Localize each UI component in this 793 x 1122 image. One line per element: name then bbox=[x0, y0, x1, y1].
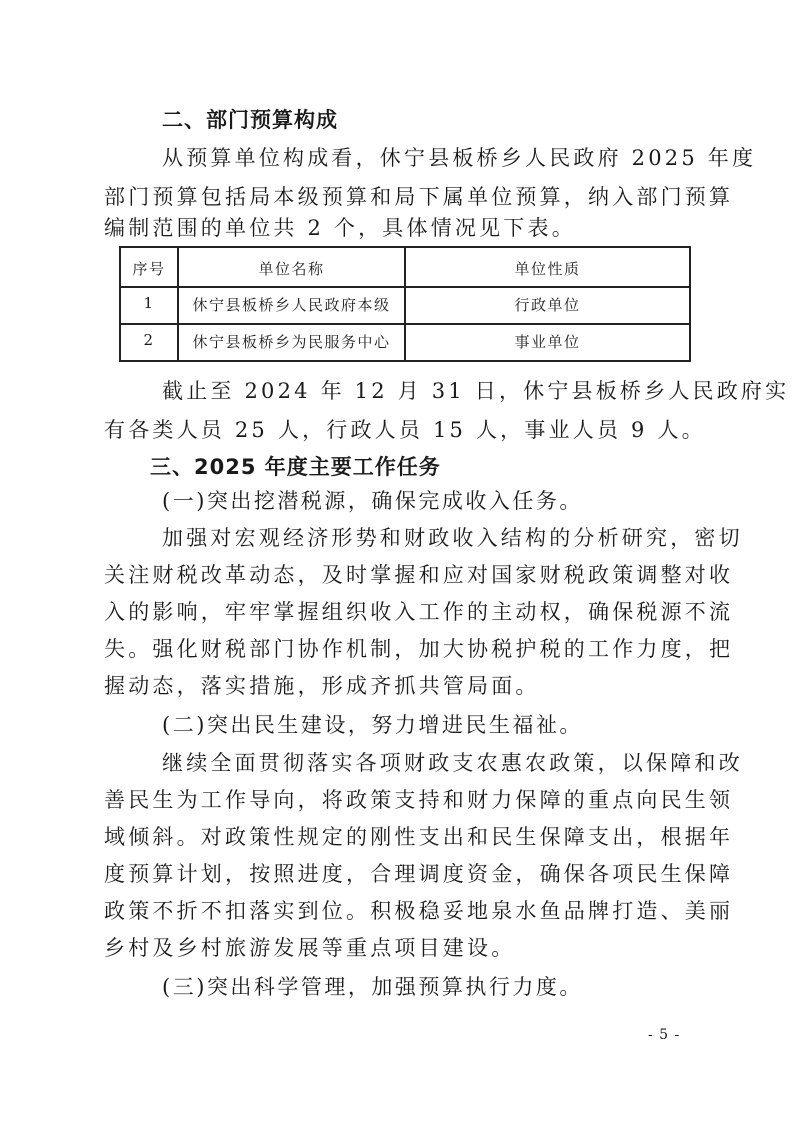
task-title-1: (一)突出挖潜税源，确保完成收入任务。 bbox=[162, 487, 752, 515]
paragraph-line: 部门预算包括局本级预算和局下属单位预算，纳入部门预算 bbox=[104, 183, 694, 211]
section-heading-work-tasks: 三、2025 年度主要工作任务 bbox=[150, 453, 740, 481]
budget-units-table: 序号 单位名称 单位性质 1 休宁县板桥乡人民政府本级 行政单位 2 休宁县板桥… bbox=[119, 246, 691, 362]
table-header-row: 序号 单位名称 单位性质 bbox=[120, 247, 690, 287]
paragraph-line: 入的影响，牢牢掌握组织收入工作的主动权，确保税源不流 bbox=[104, 598, 694, 626]
table-cell-unit-type: 行政单位 bbox=[405, 287, 690, 324]
paragraph-line: 有各类人员 25 人，行政人员 15 人，事业人员 9 人。 bbox=[104, 416, 694, 444]
paragraph-line: 失。强化财税部门协作机制，加大协税护税的工作力度，把 bbox=[104, 635, 694, 663]
task-title-2: (二)突出民生建设，努力增进民生福祉。 bbox=[162, 711, 752, 739]
table-row: 1 休宁县板桥乡人民政府本级 行政单位 bbox=[120, 287, 690, 324]
paragraph-line: 加强对宏观经济形势和财政收入结构的分析研究，密切 bbox=[162, 524, 752, 552]
paragraph-line: 关注财税改革动态，及时掌握和应对国家财税政策调整对收 bbox=[104, 561, 694, 589]
paragraph-line: 截止至 2024 年 12 月 31 日，休宁县板桥乡人民政府实 bbox=[162, 377, 752, 405]
paragraph-line: 域倾斜。对政策性规定的刚性支出和民生保障支出，根据年 bbox=[104, 823, 694, 851]
table-cell-index: 2 bbox=[120, 324, 178, 361]
table-header-unit-type: 单位性质 bbox=[405, 247, 690, 287]
document-page: 二、部门预算构成 从预算单位构成看，休宁县板桥乡人民政府 2025 年度 部门预… bbox=[0, 0, 793, 1122]
paragraph-line: 继续全面贯彻落实各项财政支农惠农政策，以保障和改 bbox=[162, 749, 752, 777]
paragraph-line: 度预算计划，按照进度，合理调度资金，确保各项民生保障 bbox=[104, 860, 694, 888]
paragraph-line: 政策不折不扣落实到位。积极稳妥地泉水鱼品牌打造、美丽 bbox=[104, 897, 694, 925]
table-header-index: 序号 bbox=[120, 247, 178, 287]
paragraph-line: 善民生为工作导向，将政策支持和财力保障的重点向民生领 bbox=[104, 786, 694, 814]
table-cell-unit-name: 休宁县板桥乡为民服务中心 bbox=[178, 324, 405, 361]
paragraph-line: 握动态，落实措施，形成齐抓共管局面。 bbox=[104, 672, 694, 700]
paragraph-line: 从预算单位构成看，休宁县板桥乡人民政府 2025 年度 bbox=[162, 144, 752, 172]
task-title-3: (三)突出科学管理，加强预算执行力度。 bbox=[162, 973, 752, 1001]
table-header-unit-name: 单位名称 bbox=[178, 247, 405, 287]
table-cell-unit-type: 事业单位 bbox=[405, 324, 690, 361]
paragraph-line: 编制范围的单位共 2 个，具体情况见下表。 bbox=[104, 214, 694, 242]
page-number: - 5 - bbox=[648, 1027, 680, 1043]
paragraph-line: 乡村及乡村旅游发展等重点项目建设。 bbox=[104, 934, 694, 962]
section-heading-budget-composition: 二、部门预算构成 bbox=[162, 106, 752, 134]
table-cell-unit-name: 休宁县板桥乡人民政府本级 bbox=[178, 287, 405, 324]
table-cell-index: 1 bbox=[120, 287, 178, 324]
table-row: 2 休宁县板桥乡为民服务中心 事业单位 bbox=[120, 324, 690, 361]
